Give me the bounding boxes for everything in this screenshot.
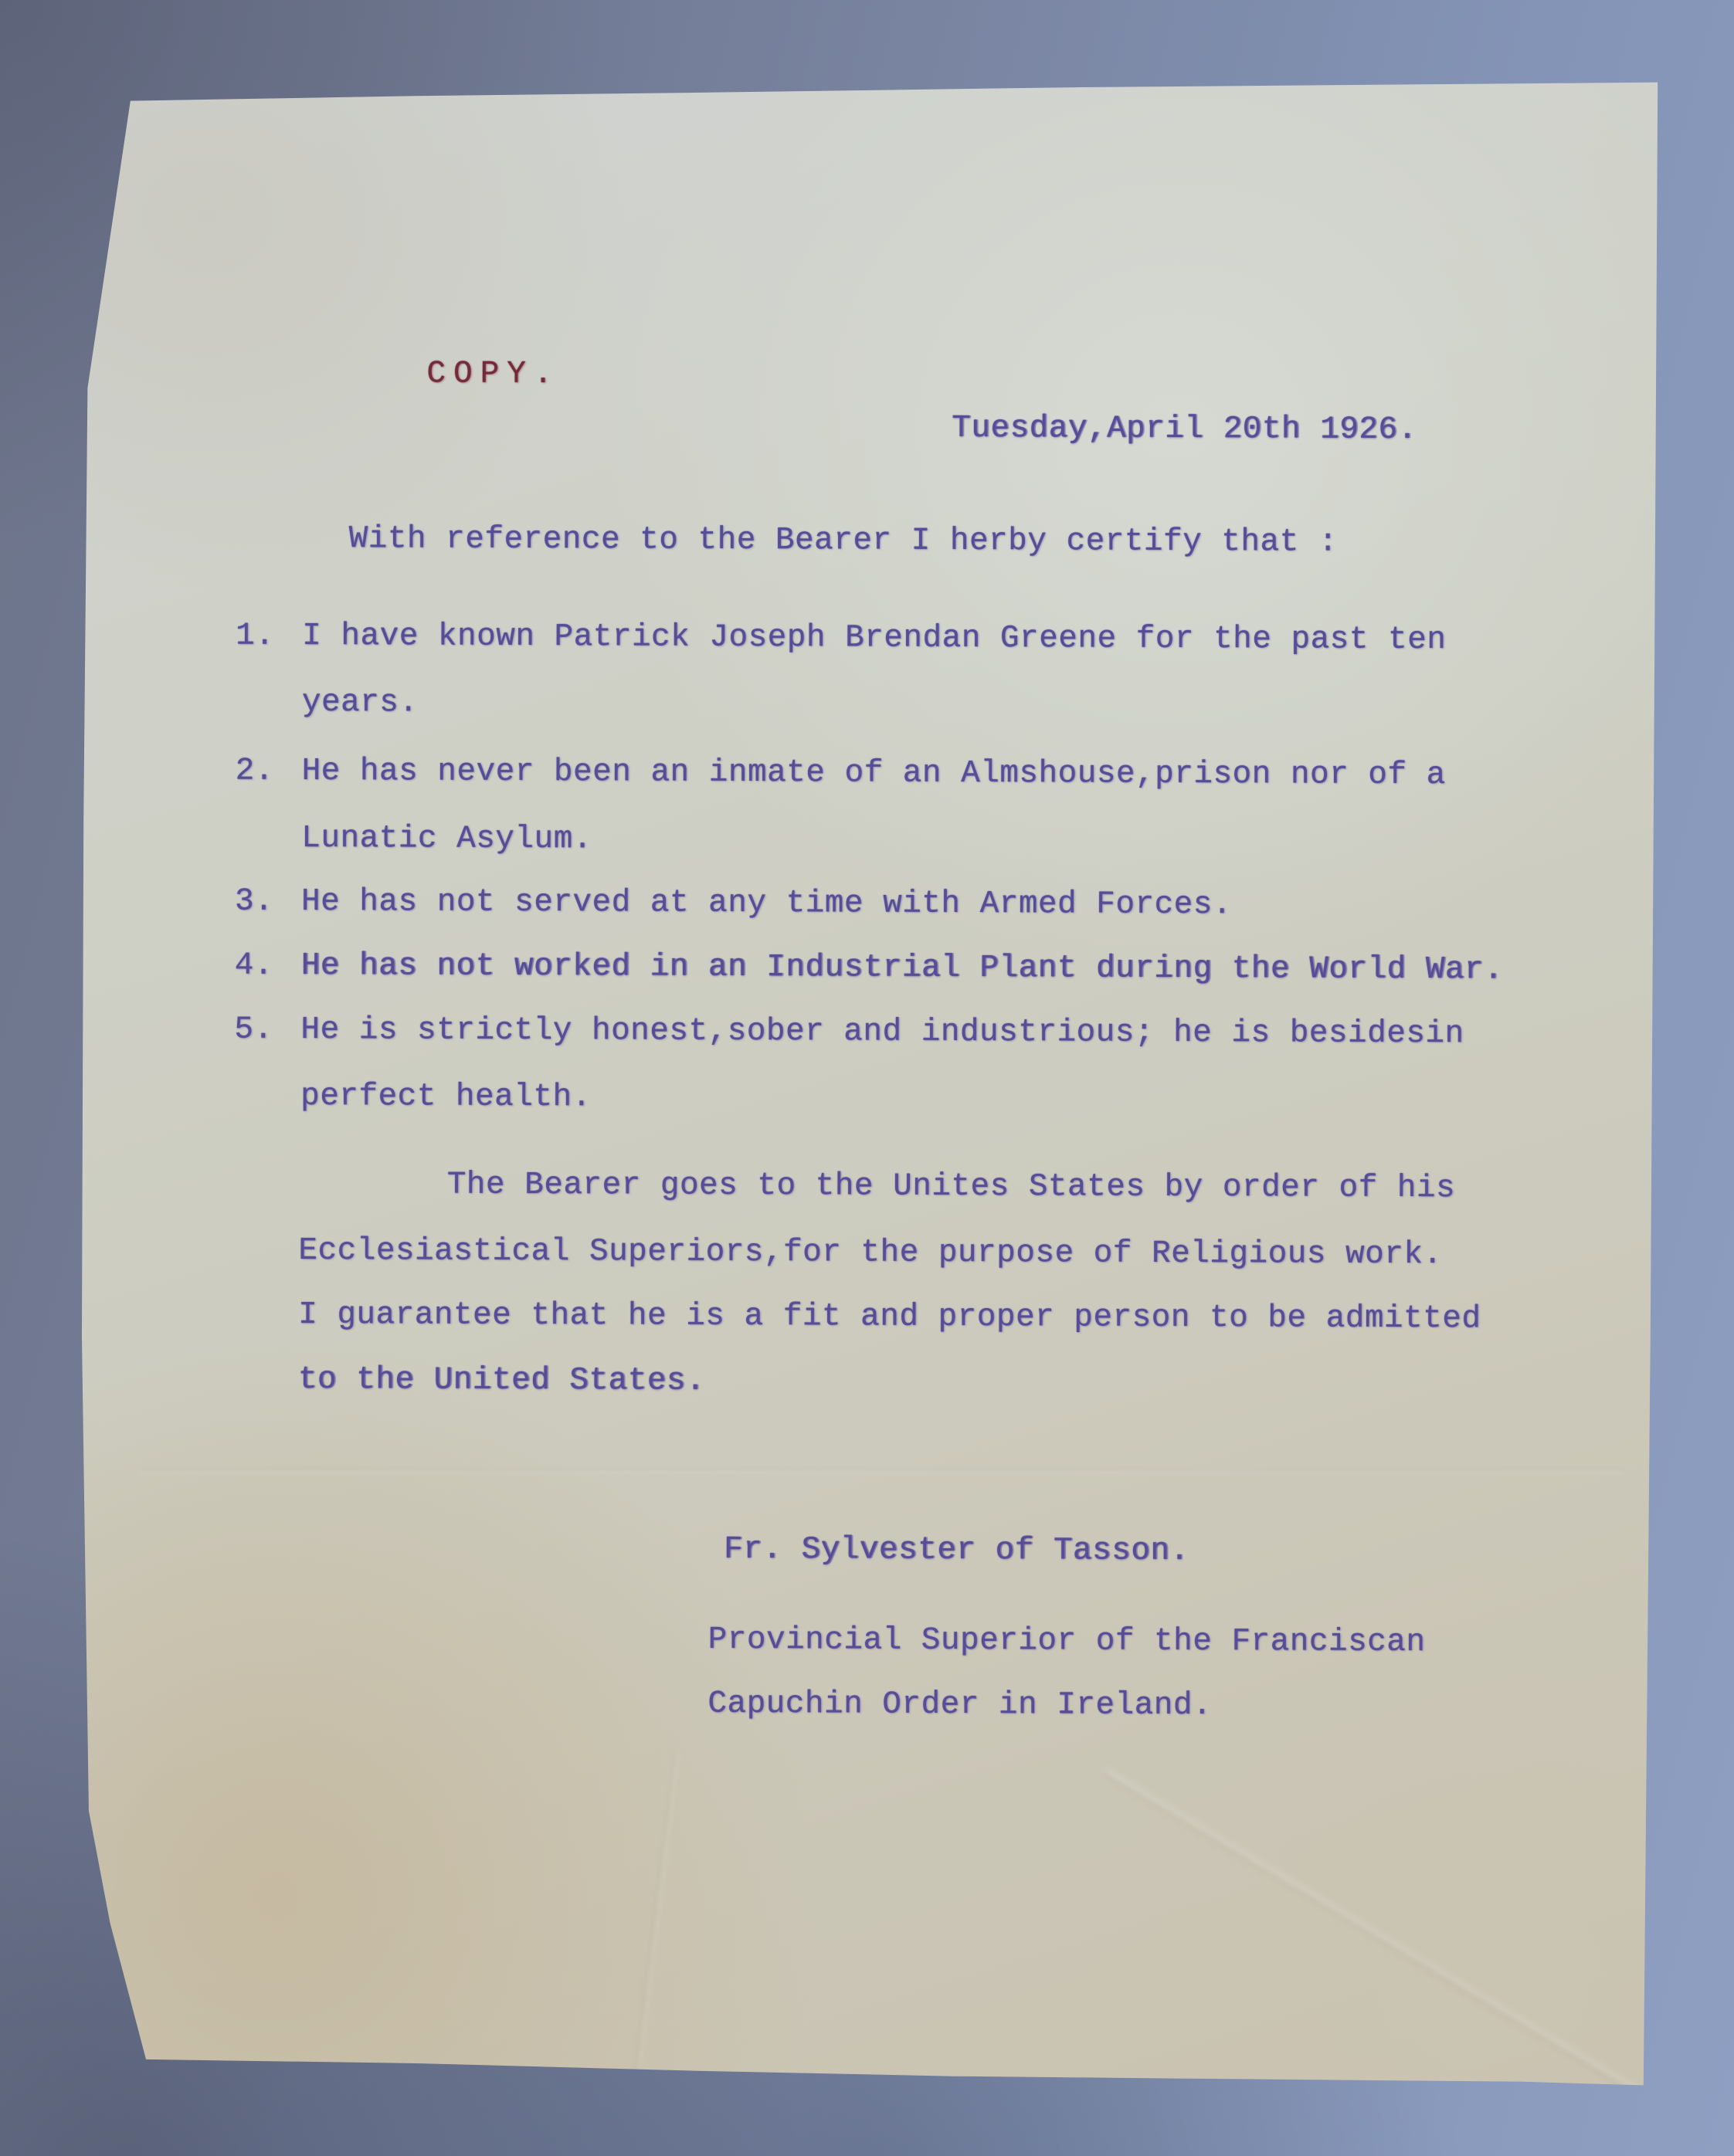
list-item-number: 4. [235, 947, 273, 985]
signature-title-line: Capuchin Order in Ireland. [708, 1686, 1212, 1725]
list-item-line: He is strictly honest,sober and industri… [300, 1012, 1464, 1053]
signature-title-line: Provincial Superior of the Franciscan [708, 1622, 1426, 1662]
signature-line: Fr. Sylvester of Tasson. [724, 1531, 1189, 1571]
date-line: Tuesday,April 20th 1926. [952, 410, 1417, 449]
body-line: The Bearer goes to the Unites States by … [447, 1167, 1456, 1209]
body-line: I guarantee that he is a fit and proper … [298, 1297, 1481, 1339]
list-item-number: 1. [236, 618, 274, 656]
list-item-number: 2. [236, 753, 274, 791]
body-line: Ecclesiastical Superiors,for the purpose… [298, 1232, 1442, 1274]
salutation-line: With reference to the Bearer I herby cer… [349, 520, 1338, 562]
list-item-line: I have known Patrick Joseph Brendan Gree… [302, 618, 1446, 659]
letter-paper: COPY. Tuesday,April 20th 1926. With refe… [0, 0, 1734, 2156]
list-item-line: years. [302, 684, 419, 723]
list-item-line: He has not worked in an Industrial Plant… [301, 947, 1504, 990]
list-item-number: 3. [235, 883, 273, 921]
list-item-line: perfect health. [300, 1078, 592, 1117]
list-item-line: Lunatic Asylum. [301, 820, 592, 859]
copy-stamp: COPY. [426, 356, 560, 395]
list-item-line: He has never been an inmate of an Almsho… [302, 753, 1446, 795]
letter-text-block: COPY. Tuesday,April 20th 1926. With refe… [0, 0, 1734, 2156]
list-item-line: He has not served at any time with Armed… [301, 883, 1232, 924]
body-line: to the United States. [298, 1361, 705, 1401]
list-item-number: 5. [234, 1012, 273, 1049]
